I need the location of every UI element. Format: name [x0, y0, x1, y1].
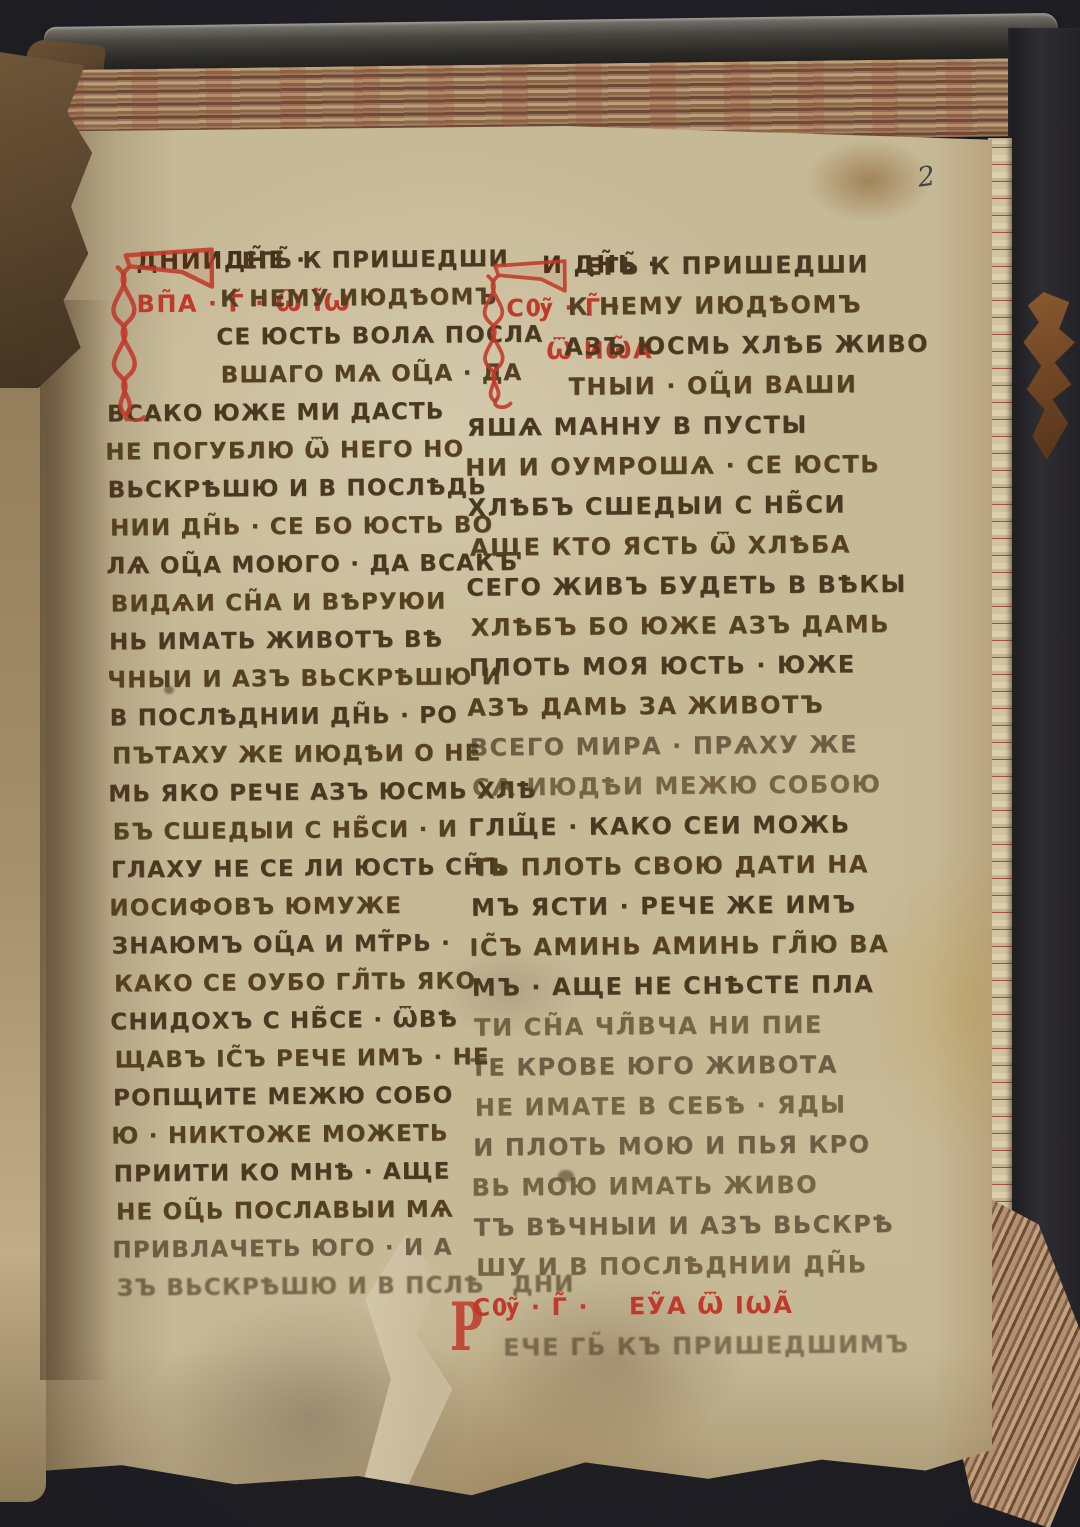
manuscript-line: лѧ оц̃а моюго · да всакъ — [106, 544, 458, 585]
manuscript-line: ю · никтоже можеть — [111, 1114, 463, 1155]
photograph-backdrop: { "page": { "folio_number": "2" }, "colo… — [0, 0, 1080, 1527]
manuscript-line: зъ вьскрѣшю и в пслѣ дни — [117, 1266, 469, 1307]
manuscript-line: ни и оумрошѧ · се юсть — [465, 444, 867, 488]
manuscript-line: аще кто ясть ѿ хлѣба — [470, 524, 872, 568]
parchment-page: 2 дниидн̃е · вп̃а · г̃ · ѿ і̃ѡ егь̃ к пр… — [46, 126, 992, 1498]
manuscript-line: мъ ясти · рече же имъ — [471, 884, 873, 928]
manuscript-line: сѧ июдѣи межю собою — [472, 764, 874, 808]
manuscript-line: приити ко мнѣ · аще — [114, 1152, 466, 1193]
manuscript-line: те крове юго живота — [470, 1044, 872, 1088]
manuscript-line: щавъ іс̃ъ рече имъ · не — [115, 1038, 467, 1079]
illuminated-initial-icon — [469, 249, 572, 412]
manuscript-line: привлачеть юго · и а — [112, 1228, 464, 1269]
manuscript-line: егь̃ к пришедши — [242, 240, 458, 280]
manuscript-line: видѧи сн̃а и вѣруюи — [111, 582, 463, 623]
illuminated-initial-icon — [96, 241, 218, 422]
manuscript-line: сего живъ будеть в вѣкы — [466, 564, 868, 608]
manuscript-line: иосифовъ юмуже — [109, 886, 461, 927]
manuscript-line: вьскрѣшю и в послѣдь — [108, 468, 460, 509]
manuscript-line: тныи · оц̃и ваши — [568, 364, 870, 407]
manuscript-line: плоть моя юсть · юже — [469, 644, 871, 688]
manuscript-line: ече гь̃ къ пришедшимъ — [503, 1324, 879, 1367]
manuscript-line: ропщите межю собо — [113, 1076, 465, 1117]
manuscript-line: к нему июдѣомъ — [568, 284, 870, 327]
manuscript-line: пътаху же июдѣи о не — [112, 734, 464, 775]
manuscript-line: вшаго мѧ оц̃а · да — [221, 354, 461, 394]
manuscript-line: егь̃ к пришедши — [585, 244, 867, 286]
manuscript-line: всего мира · прѧху же — [469, 724, 871, 768]
manuscript-line: бъ сшедыи с нб̃си · и — [113, 810, 465, 851]
manuscript-line: знаюмъ оц̃а и мт̃рь · — [112, 924, 464, 965]
manuscript-line: ти сн̃а чл̃вча ни пие — [474, 1004, 876, 1048]
manuscript-line: глаху не се ли юсть сн̃ъ — [111, 848, 463, 889]
column-heading: и дн̃ь · сѹ̃ · г̃ · ѿ иѡ̃а — [465, 202, 867, 248]
manuscript-line: шу и в послѣднии дн̃ь — [476, 1244, 878, 1288]
manuscript-line: чныи и азъ вьскрѣшю и — [107, 658, 459, 699]
folio-number: 2 — [916, 157, 961, 198]
manuscript-line: не имате в себѣ · яды — [475, 1084, 877, 1128]
manuscript-line: хлѣбъ сшедыи с нб̃си — [467, 484, 869, 528]
manuscript-line: како се оубо гл̃ть яко — [114, 962, 466, 1003]
manuscript-lines: егь̃ к пришедшик нему июдѣомъазъ юсмь хл… — [465, 244, 877, 1367]
manuscript-line: не погублю ѿ него но — [105, 430, 457, 471]
manuscript-line: к нему июдѣомъ — [220, 278, 460, 318]
text-column-left: дниидн̃е · вп̃а · г̃ · ѿ і̃ѡ егь̃ к приш… — [105, 198, 467, 1307]
manuscript-line: снидохъ с нб̃се · ѿвѣ — [110, 1000, 462, 1041]
manuscript-line: іс̃ъ аминь аминь гл̃ю ва — [469, 924, 871, 968]
manuscript-line: в послѣднии дн̃ь · ро — [110, 696, 462, 737]
manuscript-line: азъ дамь за животъ — [467, 684, 869, 728]
manuscript-line: тъ вѣчныи и азъ вьскрѣ — [474, 1204, 876, 1248]
manuscript-line: хлѣбъ бо юже азъ дамь — [470, 604, 872, 648]
manuscript-line: сѹ̃ · г̃ · еу̃а ѿ іѡа̃ — [472, 1284, 874, 1328]
manuscript-line: азъ юсмь хлѣб живо — [564, 324, 866, 367]
gutter-shadow — [40, 300, 110, 1380]
manuscript-line: нии дн̃ь · се бо юсть во — [110, 506, 462, 547]
rubric-initial-letter: Р — [450, 1290, 483, 1367]
manuscript-line: вь мою имать живо — [471, 1164, 873, 1208]
manuscript-line: се юсть волѧ посла — [216, 316, 456, 356]
manuscript-line: мь яко рече азъ юсмь хлѣ — [108, 772, 460, 813]
column-heading: дниидн̃е · вп̃а · г̃ · ѿ і̃ѡ — [105, 198, 457, 243]
manuscript-line: глщ̃е · како сеи можь — [468, 804, 870, 848]
manuscript-line: и плоть мою и пья кро — [473, 1124, 875, 1168]
manuscript-line: нь имать животъ вѣ — [109, 620, 461, 661]
manuscript-line: мъ · аще не снѣсте пла — [472, 964, 874, 1008]
manuscript-line: не оц̃ь пославыи мѧ — [116, 1190, 468, 1231]
text-column-right: и дн̃ь · сѹ̃ · г̃ · ѿ иѡ̃а егь̃ к пришед… — [465, 202, 877, 1367]
book-cover-right — [1008, 28, 1080, 1328]
manuscript-line: ть плоть свою дати на — [473, 844, 875, 888]
